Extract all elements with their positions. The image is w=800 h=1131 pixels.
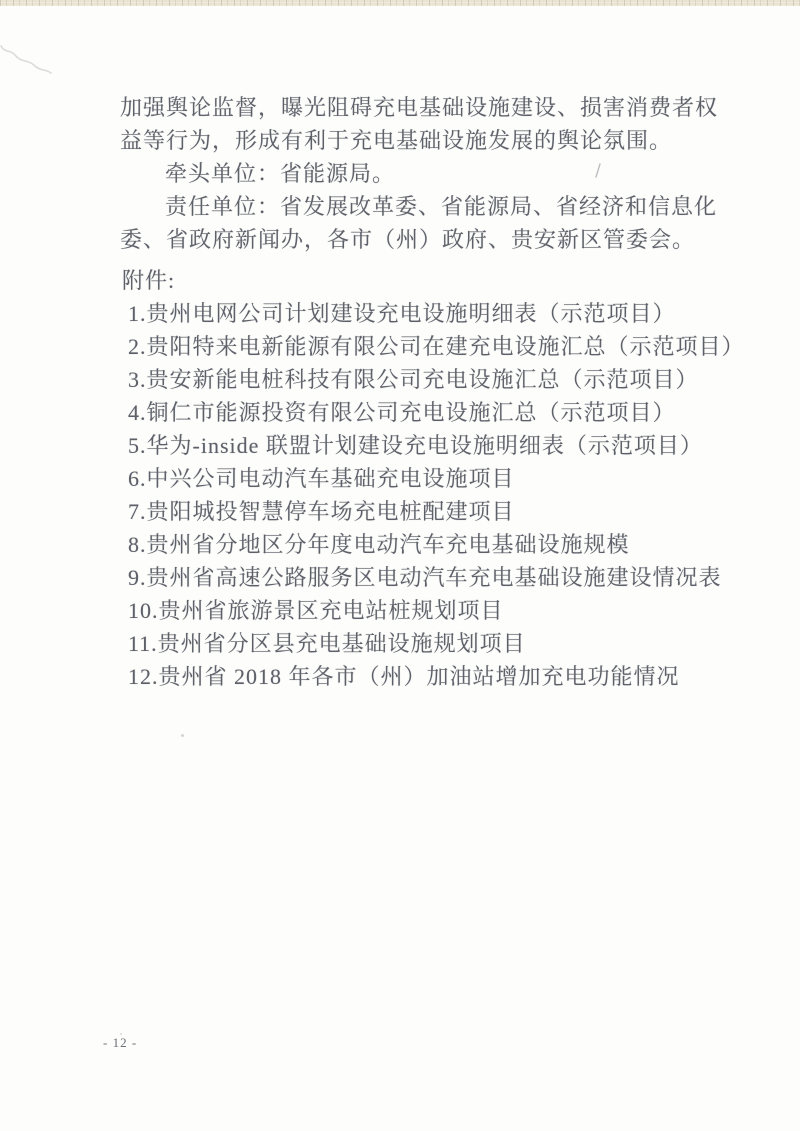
attachment-item: 1.贵州电网公司计划建设充电设施明细表（示范项目） bbox=[122, 297, 792, 330]
attachment-item: 12.贵州省 2018 年各市（州）加油站增加充电功能情况 bbox=[122, 660, 792, 693]
responsible-unit-line: 责任单位：省发展改革委、省能源局、省经济和信息化 bbox=[120, 190, 792, 223]
attachment-item: 8.贵州省分地区分年度电动汽车充电基础设施规模 bbox=[122, 528, 792, 561]
lead-unit-line: 牵头单位：省能源局。 bbox=[120, 157, 792, 190]
attachment-item: 9.贵州省高速公路服务区电动汽车充电基础设施建设情况表 bbox=[122, 561, 792, 594]
closing-paragraphs: 加强舆论监督，曝光阻碍充电基础设施建设、损害消费者权 益等行为，形成有利于充电基… bbox=[120, 91, 792, 256]
attachments-label: 附件: bbox=[122, 264, 792, 297]
attachments-list: 附件: 1.贵州电网公司计划建设充电设施明细表（示范项目） 2.贵阳特来电新能源… bbox=[122, 264, 792, 693]
scan-speck bbox=[181, 734, 184, 737]
attachment-item: 7.贵阳城投智慧停车场充电桩配建项目 bbox=[122, 495, 792, 528]
attachment-item: 4.铜仁市能源投资有限公司充电设施汇总（示范项目） bbox=[122, 396, 792, 429]
attachment-item: 6.中兴公司电动汽车基础充电设施项目 bbox=[122, 462, 792, 495]
attachment-item: 2.贵阳特来电新能源有限公司在建充电设施汇总（示范项目） bbox=[122, 330, 792, 363]
body-line: 益等行为，形成有利于充电基础设施发展的舆论氛围。 bbox=[120, 124, 792, 157]
responsible-unit-line-continued: 委、省政府新闻办，各市（州）政府、贵安新区管委会。 bbox=[120, 223, 792, 256]
stray-slash-mark bbox=[593, 162, 603, 180]
attachment-item: 11.贵州省分区县充电基础设施规划项目 bbox=[122, 627, 792, 660]
attachment-item: 3.贵安新能电桩科技有限公司充电设施汇总（示范项目） bbox=[122, 363, 792, 396]
body-line: 加强舆论监督，曝光阻碍充电基础设施建设、损害消费者权 bbox=[120, 91, 792, 124]
scan-edge-strip bbox=[0, 0, 800, 6]
attachment-item: 10.贵州省旅游景区充电站桩规划项目 bbox=[122, 594, 792, 627]
scanned-document-page: 加强舆论监督，曝光阻碍充电基础设施建设、损害消费者权 益等行为，形成有利于充电基… bbox=[0, 0, 800, 1131]
attachment-item: 5.华为-inside 联盟计划建设充电设施明细表（示范项目） bbox=[122, 429, 792, 462]
page-number: - 12 - bbox=[103, 1035, 137, 1051]
pencil-squiggle-mark bbox=[0, 40, 60, 80]
